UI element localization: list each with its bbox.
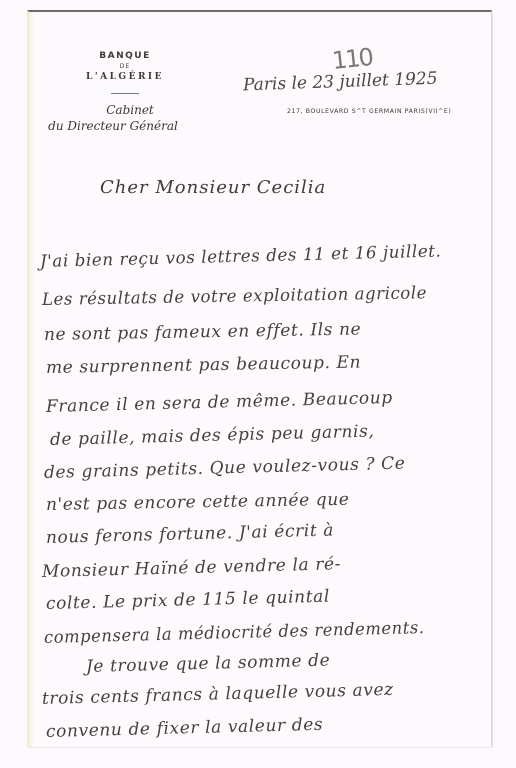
letterhead-divider [111, 93, 139, 94]
salutation: Cher Monsieur Cecilia [100, 177, 326, 198]
letterhead: BANQUE DE L'ALGÉRIE Cabinet du Directeur… [50, 50, 200, 134]
office-line2: du Directeur Général [26, 118, 200, 134]
letterhead-address: 217, BOULEVARD S^T GERMAIN PARIS(VII^E) [287, 108, 451, 115]
scanned-letter: BANQUE DE L'ALGÉRIE Cabinet du Directeur… [0, 0, 516, 768]
office-line1: Cabinet [50, 102, 200, 118]
bank-name-line2: DE [50, 62, 200, 71]
bank-name-line1: BANQUE [50, 50, 200, 62]
bank-name-line3: L'ALGÉRIE [50, 71, 200, 83]
